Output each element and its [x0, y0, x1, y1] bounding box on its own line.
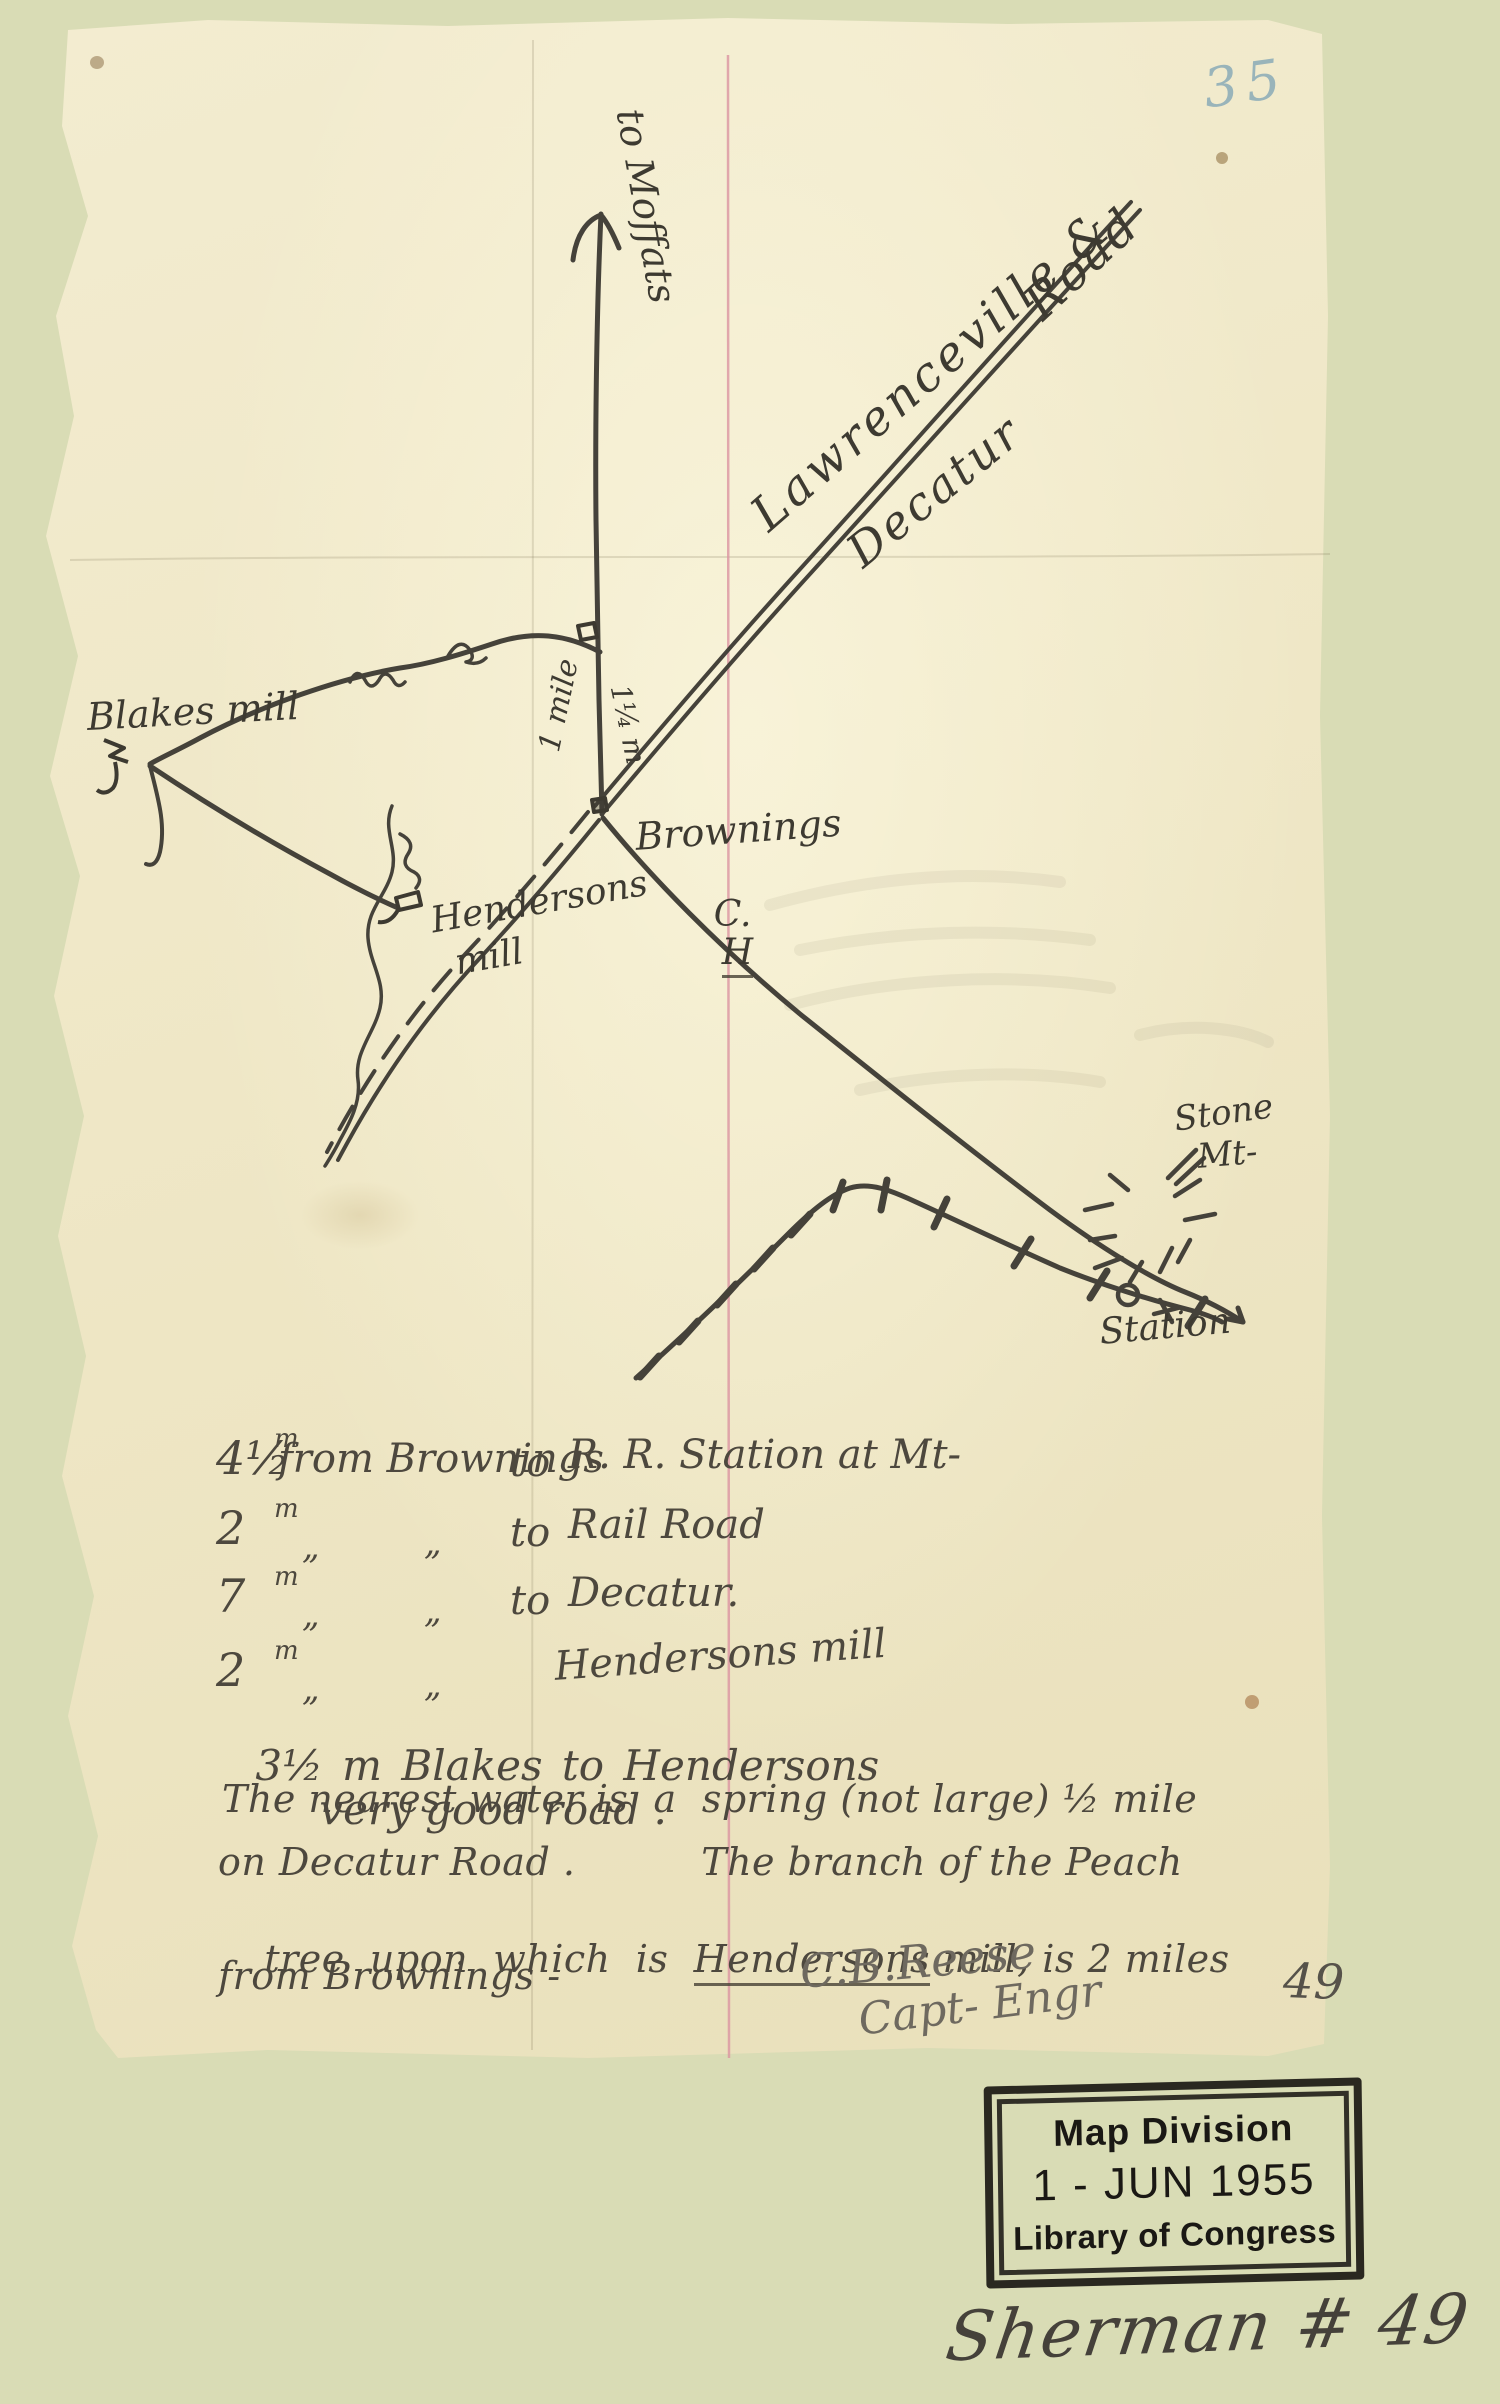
note-distance: 7	[216, 1572, 245, 1620]
para-line-1: The nearest water is a spring (not large…	[222, 1780, 1197, 1820]
note-ditto: „	[302, 1598, 320, 1634]
stamp-institution-line: Library of Congress	[1010, 2212, 1340, 2258]
note-ditto: „	[302, 1530, 320, 1566]
note-unit: m	[274, 1496, 299, 1523]
blakes-mill-symbol	[97, 740, 128, 793]
label-ch-h: H	[722, 932, 753, 978]
road-blakes-se	[150, 766, 398, 908]
house-square-symbol	[578, 623, 597, 640]
note-ditto: „	[424, 1668, 442, 1704]
road-to-moffats	[596, 214, 602, 814]
note-unit: m	[274, 1564, 299, 1591]
brownings-square-symbol	[592, 798, 607, 812]
note-distance: 2	[216, 1646, 245, 1694]
stream	[325, 806, 420, 1166]
loc-stamp-inner: Map Division 1 - JUN 1955 Library of Con…	[997, 2091, 1351, 2276]
note-dest: Decatur.	[568, 1572, 739, 1614]
note-to: to	[510, 1580, 550, 1622]
note-row-1: 4½ m from Brownings to R. R. Station at …	[216, 1434, 1376, 1506]
note-ditto: „	[424, 1594, 442, 1630]
stamp-date-line: 1 - JUN 1955	[1009, 2154, 1340, 2212]
loc-stamp: Map Division 1 - JUN 1955 Library of Con…	[984, 2077, 1365, 2288]
arrowhead	[573, 215, 619, 260]
label-mt: Mt-	[1196, 1135, 1259, 1176]
blue-page-number: 35	[1200, 50, 1292, 118]
note-to: to	[510, 1512, 550, 1554]
stone-mt-sunburst	[1085, 1150, 1215, 1282]
para-line-2: on Decatur Road . The branch of the Peac…	[218, 1843, 1183, 1883]
scanned-map-document: 35 to Moffats Lawrenceville & Road Decat…	[0, 0, 1500, 2404]
hendersons-mill-symbol	[378, 892, 421, 922]
stamp-division-line: Map Division	[1008, 2106, 1338, 2156]
note-dest: R. R. Station at Mt-	[568, 1434, 961, 1476]
note-dest: Rail Road	[568, 1504, 765, 1546]
map-drawing	[0, 0, 1500, 2404]
label-ch-c: C.	[714, 894, 752, 935]
label-brownings-ch: C. H	[668, 858, 753, 1009]
map-symbols	[97, 623, 607, 922]
pencil-page-number: 49	[1282, 1956, 1345, 2008]
para-line-4: from Brownings -	[218, 1957, 561, 1997]
roads-group	[146, 202, 1243, 1322]
note-ditto: „	[424, 1526, 442, 1562]
ghost-bleedthrough	[770, 876, 1268, 1090]
decatur-road-sw	[338, 820, 599, 1160]
note-from: from Brownings	[278, 1438, 604, 1480]
note-unit: m	[274, 1638, 299, 1665]
note-distance: 2	[216, 1504, 245, 1552]
note-row-2: 2 m „ „ to Rail Road	[216, 1504, 1376, 1576]
note-to: to	[510, 1442, 550, 1484]
sherman-caption: Sherman # 49	[942, 2284, 1474, 2374]
road-blakes-spur	[146, 766, 162, 865]
